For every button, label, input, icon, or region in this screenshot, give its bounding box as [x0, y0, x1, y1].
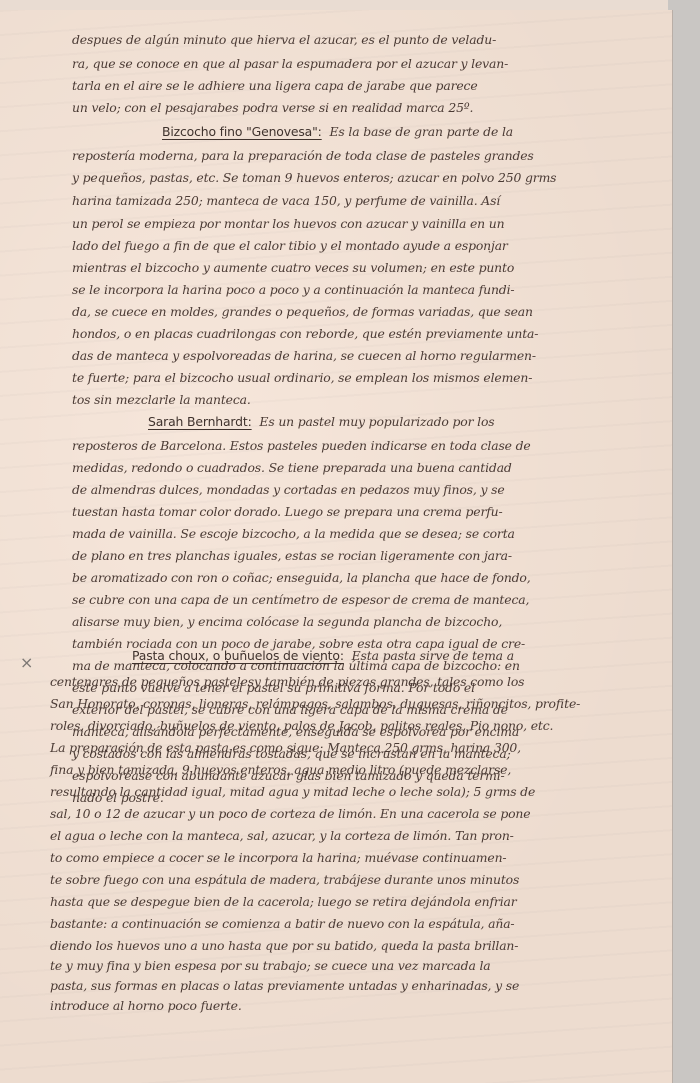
text-line: resultando la cantidad igual, mitad agua…: [50, 784, 650, 800]
text-line: introduce al horno poco fuerte.: [50, 998, 650, 1014]
text-line: fina y bien tamizada, 9 huevos enteros, …: [50, 762, 650, 778]
text-line: centenares de pequeños pastelesy también…: [50, 674, 650, 690]
text-line: te sobre fuego con una espátula de mader…: [50, 872, 650, 888]
text-line: hasta que se despegue bien de la cacerol…: [50, 894, 650, 910]
text-line: te y muy fina y bien espesa por su traba…: [50, 958, 650, 974]
text-line: to como empiece a cocer se le incorpora …: [50, 850, 650, 866]
text-line: San Honorato, coronas, lioneras, relámpa…: [50, 696, 650, 712]
text-line: bastante: a continuación se comienza a b…: [50, 916, 650, 932]
text-line: el agua o leche con la manteca, sal, azu…: [50, 828, 650, 844]
section-heading-pasta-choux: Pasta choux, o buñuelos de viento:: [132, 648, 344, 663]
text-line: pasta, sus formas en placas o latas prev…: [50, 978, 650, 994]
text-line: sal, 10 o 12 de azucar y un poco de cort…: [50, 806, 650, 822]
text-line: Esta pasta sirve de tema a: [352, 648, 514, 663]
lower-page-region: Pasta choux, o buñuelos de viento: Esta …: [0, 0, 672, 1083]
text-line: La preparación de esta pasta es como sig…: [50, 740, 650, 756]
section-first-line: Pasta choux, o buñuelos de viento: Esta …: [132, 648, 700, 664]
text-line: diendo los huevos uno a uno hasta que po…: [50, 938, 650, 954]
text-line: roles, divorciado, buñuelos de viento, p…: [50, 718, 650, 734]
